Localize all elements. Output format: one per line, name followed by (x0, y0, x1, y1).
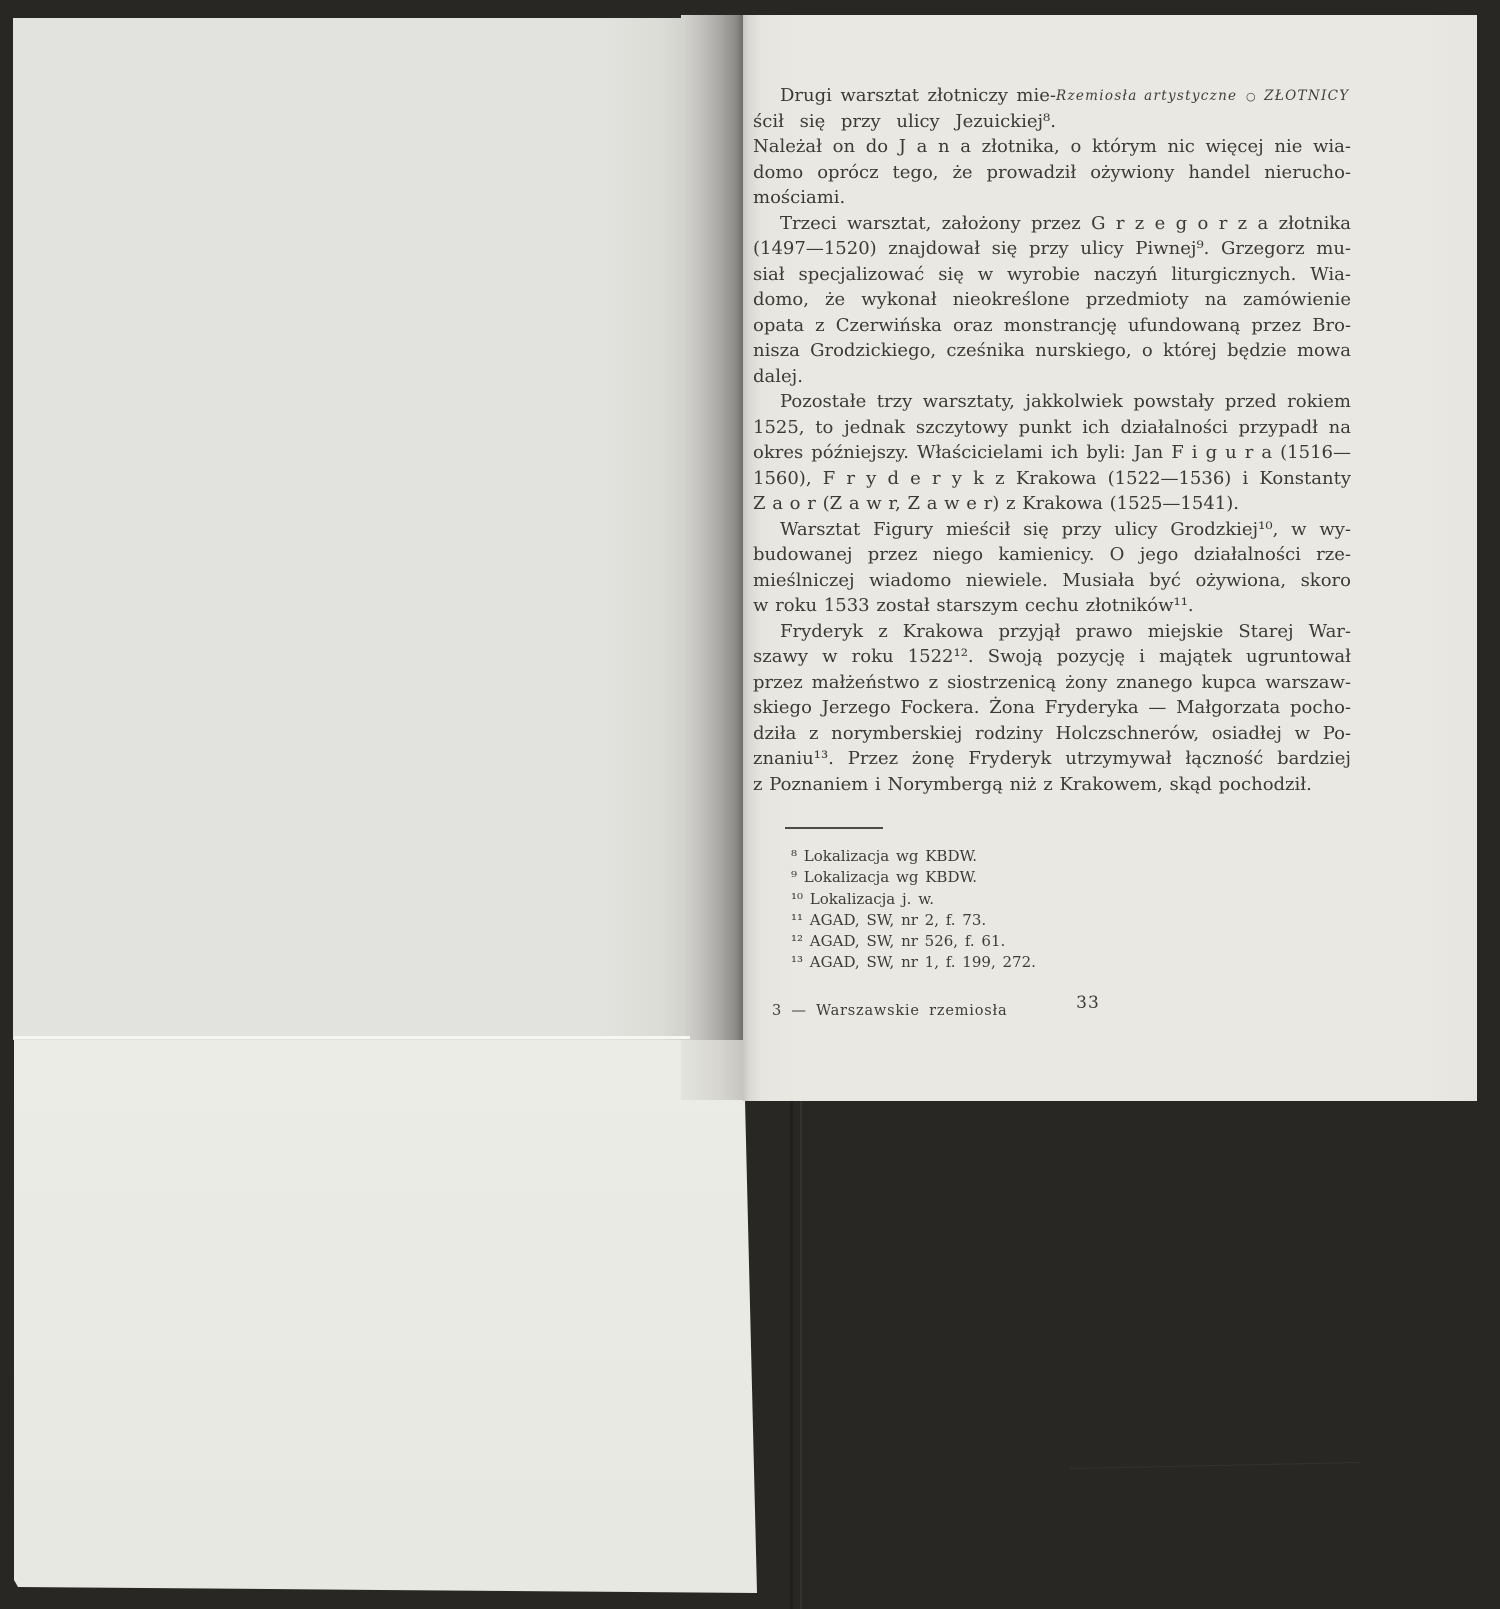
text-line: nisza Grodzickiego, cześnika nurskiego, … (753, 338, 1351, 364)
text-line: (1497—1520) znajdował się przy ulicy Piw… (753, 236, 1351, 262)
text-line: domo oprócz tego, że prowadził ożywiony … (753, 160, 1351, 186)
page-number: 33 (1068, 993, 1108, 1013)
body-paragraphs: Rzemiosła artystyczne ○ ZŁOTNICY Drugi w… (753, 83, 1351, 797)
book-gutter-shadow (681, 15, 743, 1040)
running-head: Rzemiosła artystyczne ○ ZŁOTNICY (1056, 83, 1351, 133)
footnote-rule (785, 827, 883, 829)
background-seam-line-2 (800, 1100, 802, 1609)
running-head-title: Rzemiosła artystyczne (1056, 88, 1237, 104)
text-line: w roku 1533 został starszym cechu złotni… (753, 593, 1351, 619)
text-line: szawy w roku 1522¹². Swoją pozycję i maj… (753, 644, 1351, 670)
text-line: przez małżeństwo z siostrzenicą żony zna… (753, 670, 1351, 696)
footnotes: ⁸ Lokalizacja wg KBDW.⁹ Lokalizacja wg K… (791, 846, 1036, 974)
running-head-section: ZŁOTNICY (1264, 88, 1349, 104)
blank-lower-left-sheet (14, 1040, 757, 1593)
footnote-line: ⁹ Lokalizacja wg KBDW. (791, 867, 1036, 888)
background-scratch-line (1070, 1462, 1360, 1469)
text-line: Fryderyk z Krakowa przyjął prawo miejski… (753, 619, 1351, 645)
text-line: budowanej przez niego kamienicy. O jego … (753, 542, 1351, 568)
text-line: okres późniejszy. Właścicielami ich byli… (753, 440, 1351, 466)
text-column: Rzemiosła artystyczne ○ ZŁOTNICY Drugi w… (753, 83, 1351, 797)
text-line: Z a o r (Z a w r, Z a w e r) z Krakowa (… (753, 491, 1351, 517)
text-line: mieślniczej wiadomo niewiele. Musiała by… (753, 568, 1351, 594)
footnote-line: ¹¹ AGAD, SW, nr 2, f. 73. (791, 910, 1036, 931)
text-line: Należał on do J a n a złotnika, o którym… (753, 134, 1351, 160)
blank-left-sheet (13, 18, 681, 1040)
book-scan: Rzemiosła artystyczne ○ ZŁOTNICY Drugi w… (0, 0, 1500, 1609)
text-line: znaniu¹³. Przez żonę Fryderyk utrzymywał… (753, 746, 1351, 772)
text-line: opata z Czerwińska oraz monstrancję ufun… (753, 313, 1351, 339)
text-line: dziła z norymberskiej rodziny Holczschne… (753, 721, 1351, 747)
text-line: siał specjalizować się w wyrobie naczyń … (753, 262, 1351, 288)
text-line: Pozostałe trzy warsztaty, jakkolwiek pow… (753, 389, 1351, 415)
text-line: z Poznaniem i Norymbergą niż z Krakowem,… (753, 772, 1351, 798)
running-head-ring-icon: ○ (1244, 90, 1258, 103)
footnote-line: ¹² AGAD, SW, nr 526, f. 61. (791, 931, 1036, 952)
printers-signature: 3 — Warszawskie rzemiosła (772, 1003, 1007, 1019)
text-line: dalej. (753, 364, 1351, 390)
footnote-line: ⁸ Lokalizacja wg KBDW. (791, 846, 1036, 867)
footnote-line: ¹⁰ Lokalizacja j. w. (791, 889, 1036, 910)
text-line: mościami. (753, 185, 1351, 211)
footnote-line: ¹³ AGAD, SW, nr 1, f. 199, 272. (791, 952, 1036, 973)
text-line: Warsztat Figury mieścił się przy ulicy G… (753, 517, 1351, 543)
background-lower-right (757, 1100, 1500, 1609)
book-gutter-shadow-lower (681, 1040, 743, 1100)
text-line: Trzeci warsztat, założony przez G r z e … (753, 211, 1351, 237)
text-line: skiego Jerzego Fockera. Żona Fryderyka —… (753, 695, 1351, 721)
text-line: 1560), F r y d e r y k z Krakowa (1522—1… (753, 466, 1351, 492)
text-line: domo, że wykonał nieokreślone przedmioty… (753, 287, 1351, 313)
sheet-edge-highlight (14, 1036, 690, 1039)
book-page: Rzemiosła artystyczne ○ ZŁOTNICY Drugi w… (743, 15, 1477, 1101)
background-seam-line (790, 1100, 793, 1609)
text-line: 1525, to jednak szczytowy punkt ich dzia… (753, 415, 1351, 441)
